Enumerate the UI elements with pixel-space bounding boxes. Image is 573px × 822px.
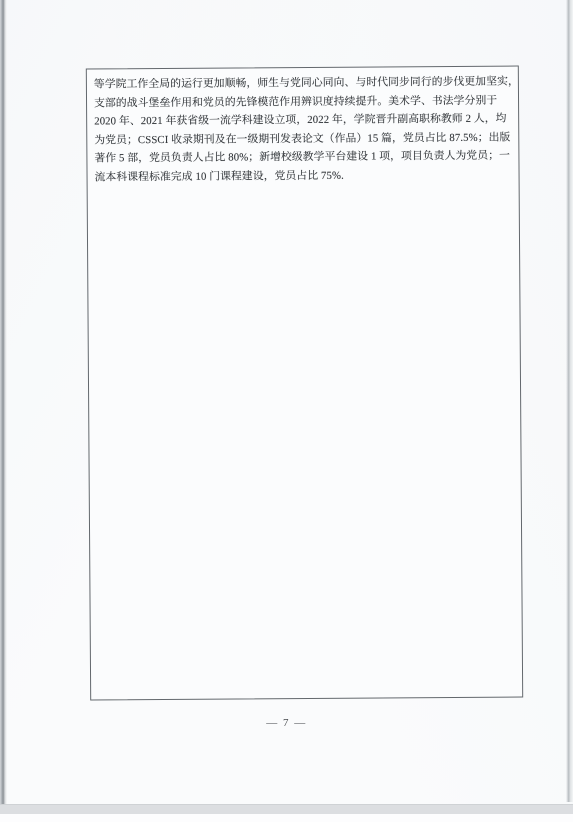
page-number: — 7 — bbox=[0, 717, 573, 729]
scan-edge-left bbox=[0, 0, 7, 806]
paragraph-line: 2020 年、2021 年获省级一流学科建设立项，2022 年，学院晋升副高职称… bbox=[94, 110, 511, 131]
paragraph-line: 等学院工作全局的运行更加顺畅，师生与党同心同向、与时代同步同行的步伐更加坚实， bbox=[94, 73, 511, 94]
paragraph-line: 流本科课程标准完成 10 门课程建设，党员占比 75%. bbox=[94, 165, 511, 186]
scan-edge-right bbox=[566, 0, 573, 802]
scan-page-gap bbox=[0, 804, 573, 814]
next-page-sliver bbox=[0, 814, 573, 822]
scanned-document-page: 等学院工作全局的运行更加顺畅，师生与党同心同向、与时代同步同行的步伐更加坚实， … bbox=[0, 0, 573, 822]
report-text-box: 等学院工作全局的运行更加顺畅，师生与党同心同向、与时代同步同行的步伐更加坚实， … bbox=[86, 65, 523, 700]
paragraph-line: 著作 5 部，党员负责人占比 80%；新增校级教学平台建设 1 项，项目负责人为… bbox=[94, 147, 511, 168]
